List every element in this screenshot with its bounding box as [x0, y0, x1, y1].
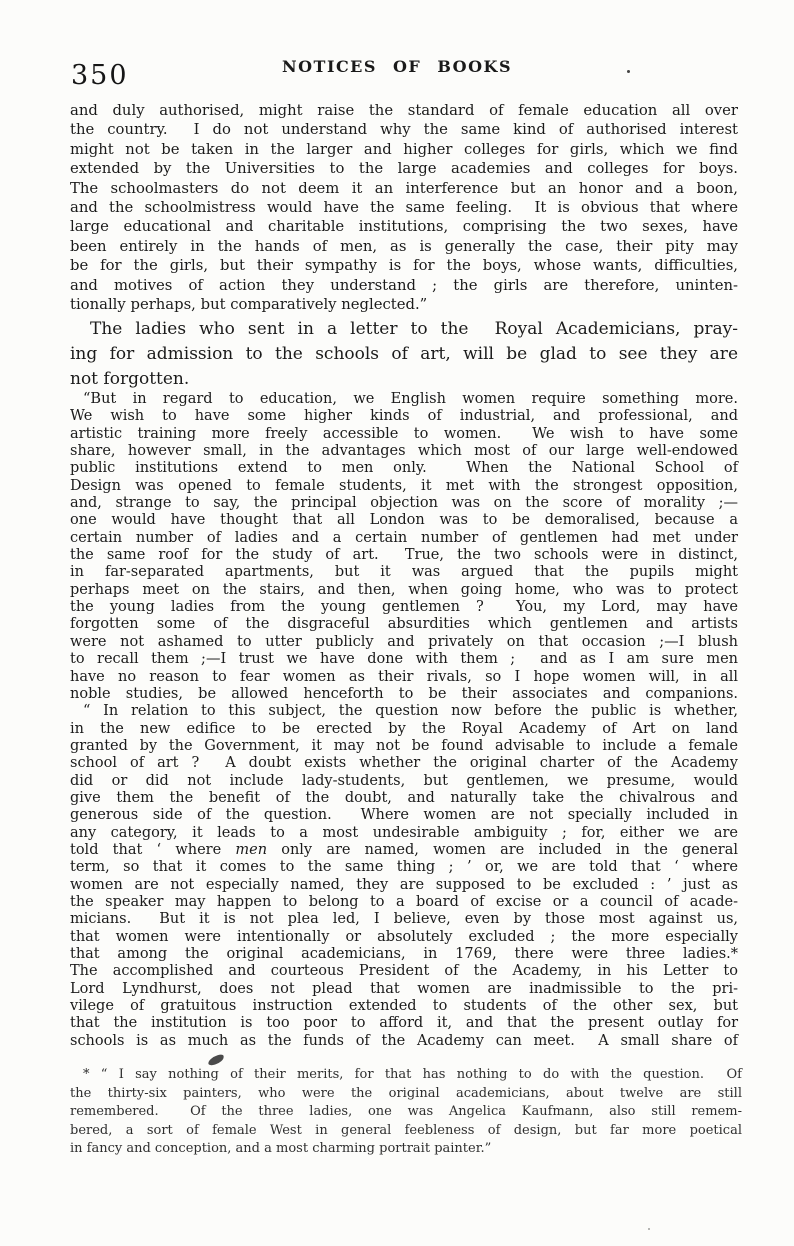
text-line: “ In relation to this subject, the quest… — [70, 703, 738, 720]
text-line: certain number of ladies and a certain n… — [70, 530, 738, 547]
text-line: in far-separated apartments, but it was … — [70, 564, 738, 581]
text-line: been entirely in the hands of men, as is… — [70, 237, 738, 256]
text-line: share, however small, in the advantages … — [70, 443, 738, 460]
quoted-letter-block: “But in regard to education, we English … — [70, 391, 738, 1050]
text-line: and the schoolmistress would have the sa… — [70, 198, 738, 217]
footnote: * “ I say nothing of their merits, for t… — [70, 1066, 742, 1159]
running-head-title: NOTICES OF BOOKS — [0, 57, 794, 76]
text-line: micians. But it is not plea led, I belie… — [70, 911, 738, 928]
text-line: public institutions extend to men only. … — [70, 460, 738, 477]
text-line: perhaps meet on the stairs, and then, wh… — [70, 582, 738, 599]
text-line: We wish to have some higher kinds of ind… — [70, 408, 738, 425]
text-line: tionally perhaps, but comparatively negl… — [70, 295, 738, 314]
text-line: did or did not include lady-students, bu… — [70, 773, 738, 790]
ink-blot-artifact — [208, 1053, 224, 1066]
scan-speck — [506, 62, 508, 64]
paragraph-quote-continuation: and duly authorised, might raise the sta… — [70, 101, 738, 314]
text-line: be for the girls, but their sympathy is … — [70, 256, 738, 275]
scan-speck — [627, 70, 630, 73]
text-line: and duly authorised, might raise the sta… — [70, 101, 738, 120]
scanned-page: 350 NOTICES OF BOOKS and duly authorised… — [0, 0, 794, 1246]
text-line: term, so that it comes to the same thing… — [70, 859, 738, 876]
text-line: “But in regard to education, we English … — [70, 391, 738, 408]
text-line: one would have thought that all London w… — [70, 512, 738, 529]
text-line: the country. I do not understand why the… — [70, 120, 738, 139]
scan-speck — [648, 1228, 650, 1230]
text-line: give them the benefit of the doubt, and … — [70, 790, 738, 807]
text-line: granted by the Government, it may not be… — [70, 738, 738, 755]
text-line: not forgotten. — [70, 367, 738, 392]
text-line: the young ladies from the young gentleme… — [70, 599, 738, 616]
text-line: bered, a sort of female West in general … — [70, 1122, 742, 1141]
text-line: noble studies, be allowed henceforth to … — [70, 686, 738, 703]
text-line: vilege of gratuitous instruction extende… — [70, 998, 738, 1015]
text-line: school of art ? A doubt exists whether t… — [70, 755, 738, 772]
paragraph-quote-education: “But in regard to education, we English … — [70, 391, 738, 703]
text-line: to recall them ;—I trust we have done wi… — [70, 651, 738, 668]
paragraph-editorial: The ladies who sent in a letter to the R… — [70, 317, 738, 392]
text-line: in fancy and conception, and a most char… — [70, 1140, 742, 1159]
text-line: * “ I say nothing of their merits, for t… — [70, 1066, 742, 1085]
text-line: in the new edifice to be erected by the … — [70, 721, 738, 738]
text-line: The ladies who sent in a letter to the R… — [70, 317, 738, 342]
text-line: have no reason to fear women as their ri… — [70, 669, 738, 686]
text-line: Lord Lyndhurst, does not plead that wome… — [70, 981, 738, 998]
text-line: the same roof for the study of art. True… — [70, 547, 738, 564]
text-line: told that ‘ where men only are named, wo… — [70, 842, 738, 859]
text-line: schools is as much as the funds of the A… — [70, 1033, 738, 1050]
text-line: generous side of the question. Where wom… — [70, 807, 738, 824]
text-line: remembered. Of the three ladies, one was… — [70, 1103, 742, 1122]
text-line: and motives of action they understand ; … — [70, 276, 738, 295]
text-line: large educational and charitable institu… — [70, 217, 738, 236]
text-line: the speaker may happen to belong to a bo… — [70, 894, 738, 911]
text-line: artistic training more freely accessible… — [70, 426, 738, 443]
text-line: extended by the Universities to the larg… — [70, 159, 738, 178]
text-line: any category, it leads to a most undesir… — [70, 825, 738, 842]
text-line: Design was opened to female students, it… — [70, 478, 738, 495]
text-line: the thirty-six painters, who were the or… — [70, 1085, 742, 1104]
text-line: forgotten some of the disgraceful absurd… — [70, 616, 738, 633]
text-line: ing for admission to the schools of art,… — [70, 342, 738, 367]
text-line: that among the original academicians, in… — [70, 946, 738, 963]
paragraph-quote-academy: “ In relation to this subject, the quest… — [70, 703, 738, 1050]
text-line: were not ashamed to utter publicly and p… — [70, 634, 738, 651]
text-line: might not be taken in the larger and hig… — [70, 140, 738, 159]
text-line: that the institution is too poor to affo… — [70, 1015, 738, 1032]
text-line: The accomplished and courteous President… — [70, 963, 738, 980]
text-line: that women were intentionally or absolut… — [70, 929, 738, 946]
text-line: women are not especially named, they are… — [70, 877, 738, 894]
text-line: and, strange to say, the principal objec… — [70, 495, 738, 512]
text-line: The schoolmasters do not deem it an inte… — [70, 179, 738, 198]
